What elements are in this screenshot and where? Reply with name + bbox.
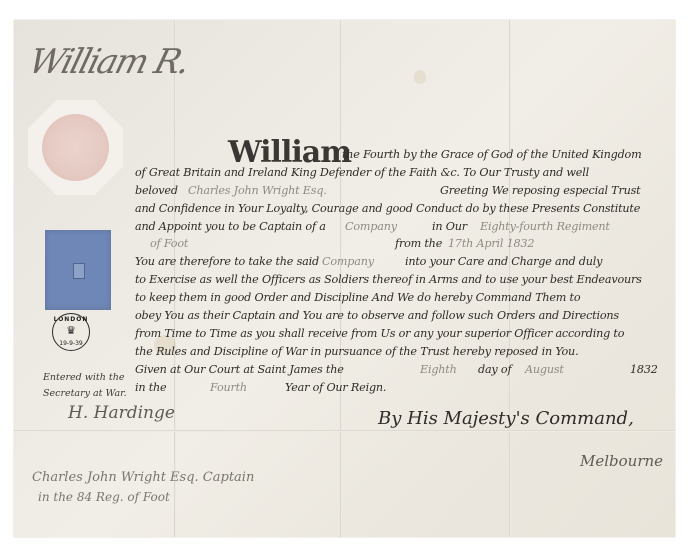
crown-icon: ♛ [53, 324, 89, 337]
text-line: and Appoint you to be Captain of a [135, 220, 326, 233]
stamp-emblem-icon [73, 263, 85, 279]
fold-line [14, 430, 675, 432]
text-line: You are therefore to take the said [135, 255, 319, 268]
text-line: day of [478, 363, 511, 376]
wafer-seal [28, 100, 123, 195]
entered-with-label: Entered with the [43, 372, 124, 383]
handwritten-of-foot: of Foot [150, 237, 188, 250]
revenue-stamp [45, 230, 111, 310]
text-line: Greeting We reposing especial Trust [440, 184, 640, 197]
text-line: Year of Our Reign. [285, 381, 386, 394]
text-line: to keep them in good Order and Disciplin… [135, 291, 580, 304]
endorsement-line: Charles John Wright Esq. Captain [32, 470, 254, 485]
text-line: and Confidence in Your Loyalty, Courage … [135, 202, 640, 215]
text-line: into your Care and Charge and duly [405, 255, 602, 268]
text-line: beloved [135, 184, 178, 197]
royal-signature: William R. [25, 42, 193, 82]
text-line: obey You as their Captain and You are to… [135, 309, 619, 322]
minister-signature: Melbourne [580, 452, 663, 470]
text-line: in the [135, 381, 166, 394]
handwritten-day: Eighth [420, 363, 457, 376]
text-line: the Fourth by the Grace of God of the Un… [342, 148, 641, 161]
heading-william: William [228, 135, 351, 170]
seal-emblem-icon [42, 114, 109, 181]
handwritten-date: 17th April 1832 [448, 237, 534, 250]
handwritten-regiment: Eighty-fourth Regiment [480, 220, 610, 233]
postmark: LONDON ♛ 19-9-39 [52, 313, 90, 351]
text-line: the Rules and Discipline of War in pursu… [135, 345, 578, 358]
handwritten-reign-year: Fourth [210, 381, 247, 394]
postmark-town: LONDON [53, 316, 89, 323]
text-line: in Our [432, 220, 467, 233]
handwritten-company: Company [322, 255, 374, 268]
text-line: from Time to Time as you shall receive f… [135, 327, 624, 340]
endorsement-line: in the 84 Reg. of Foot [38, 490, 170, 504]
handwritten-name: Charles John Wright Esq. [188, 184, 327, 197]
handwritten-month: August [525, 363, 564, 376]
command-line: By His Majesty's Command, [378, 408, 634, 429]
stain [414, 70, 426, 84]
secretary-at-war-label: Secretary at War. [43, 388, 127, 399]
handwritten-company: Company [345, 220, 397, 233]
text-line: to Exercise as well the Officers as Sold… [135, 273, 642, 286]
postmark-date: 19-9-39 [53, 340, 89, 347]
text-line: Given at Our Court at Saint James the [135, 363, 344, 376]
text-line: of Great Britain and Ireland King Defend… [135, 166, 589, 179]
year-text: 1832 [630, 363, 658, 376]
text-line: from the [395, 237, 442, 250]
secretary-signature: H. Hardinge [68, 403, 175, 423]
